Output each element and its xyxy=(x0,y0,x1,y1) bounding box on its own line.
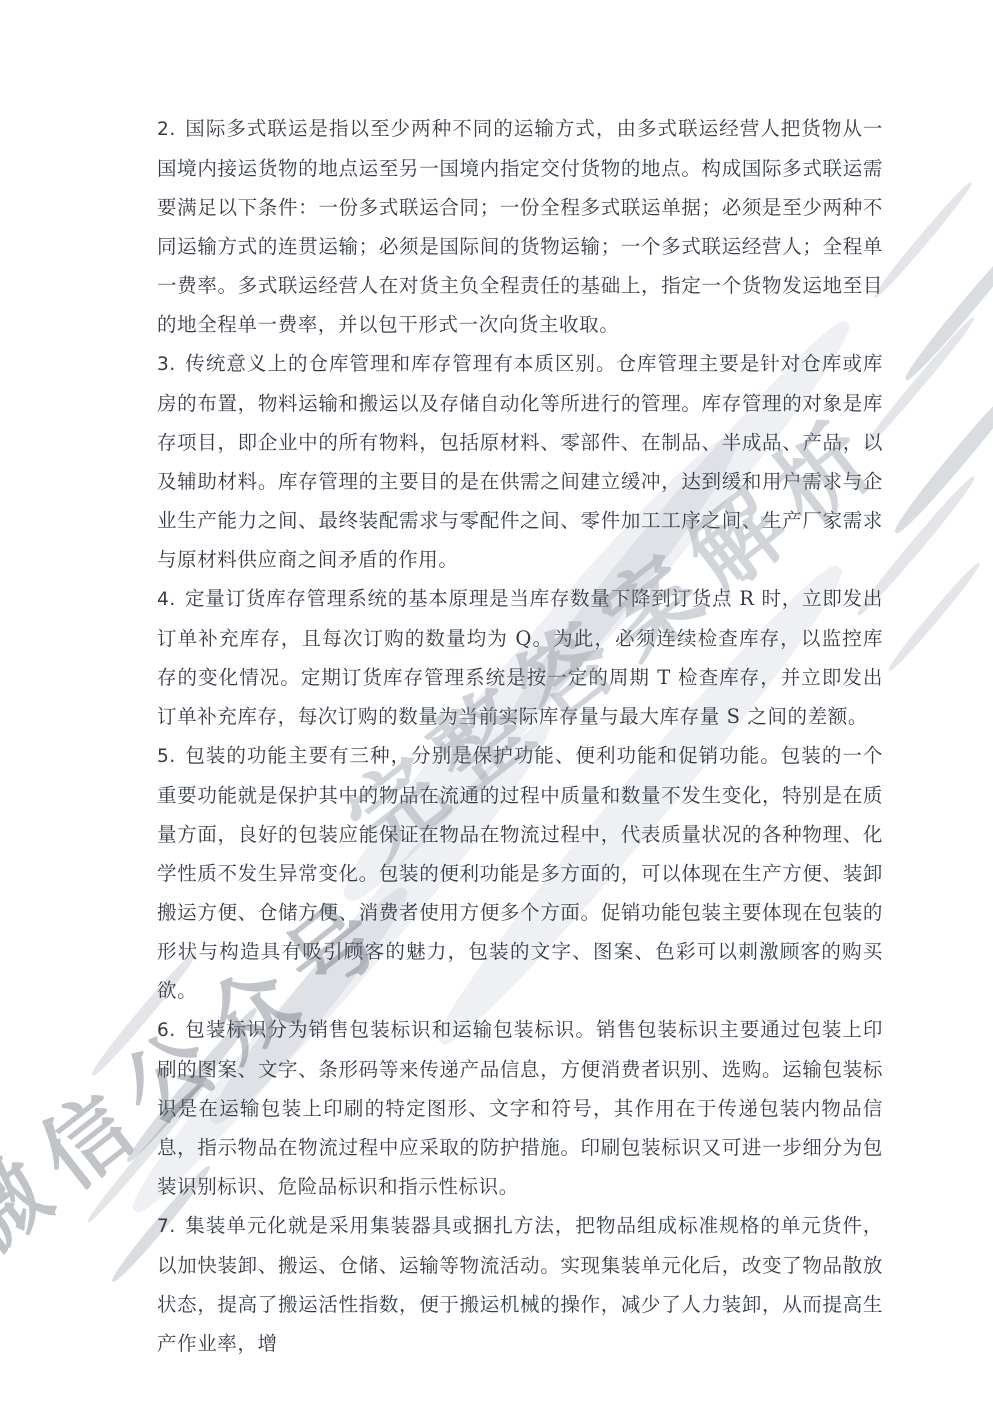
paragraph-text: 包装的功能主要有三种，分别是保护功能、便利功能和促销功能。包装的一个重要功能就是… xyxy=(157,744,883,1002)
answer-paragraph: 5.包装的功能主要有三种，分别是保护功能、便利功能和促销功能。包装的一个重要功能… xyxy=(157,736,883,1010)
paragraph-number: 3. xyxy=(157,354,176,375)
paragraph-text: 集装单元化就是采用集装器具或捆扎方法，把物品组成标准规格的单元货件，以加快装卸、… xyxy=(157,1214,883,1355)
answer-paragraph: 2.国际多式联运是指以至少两种不同的运输方式，由多式联运经营人把货物从一国境内接… xyxy=(157,109,883,344)
paragraph-text: 传统意义上的仓库管理和库存管理有本质区别。仓库管理主要是针对仓库或库房的布置，物… xyxy=(157,352,883,571)
paragraph-number: 7. xyxy=(157,1216,176,1237)
watermark-brush-stroke xyxy=(885,560,983,674)
paragraph-text: 国际多式联运是指以至少两种不同的运输方式，由多式联运经营人把货物从一国境内接运货… xyxy=(157,117,883,336)
document-page: 2.国际多式联运是指以至少两种不同的运输方式，由多式联运经营人把货物从一国境内接… xyxy=(0,0,993,1404)
watermark-brush-stroke xyxy=(871,179,975,300)
answer-paragraph: 7.集装单元化就是采用集装器具或捆扎方法，把物品组成标准规格的单元货件，以加快装… xyxy=(157,1206,883,1363)
paragraph-number: 4. xyxy=(157,589,176,610)
paragraph-number: 2. xyxy=(157,119,176,140)
paragraph-number: 5. xyxy=(157,746,176,767)
paragraph-text: 定量订货库存管理系统的基本原理是当库存数量下降到订货点 R 时，立即发出订单补充… xyxy=(157,587,883,728)
answer-paragraph: 3.传统意义上的仓库管理和库存管理有本质区别。仓库管理主要是针对仓库或库房的布置… xyxy=(157,344,883,579)
paragraph-text: 包装标识分为销售包装标识和运输包装标识。销售包装标识主要通过包装上印刷的图案、文… xyxy=(157,1018,883,1198)
answer-paragraph: 6.包装标识分为销售包装标识和运输包装标识。销售包装标识主要通过包装上印刷的图案… xyxy=(157,1010,883,1206)
answer-paragraph: 4.定量订货库存管理系统的基本原理是当库存数量下降到订货点 R 时，立即发出订单… xyxy=(157,579,883,736)
answer-text-block: 2.国际多式联运是指以至少两种不同的运输方式，由多式联运经营人把货物从一国境内接… xyxy=(157,109,883,1363)
paragraph-number: 6. xyxy=(157,1020,176,1041)
